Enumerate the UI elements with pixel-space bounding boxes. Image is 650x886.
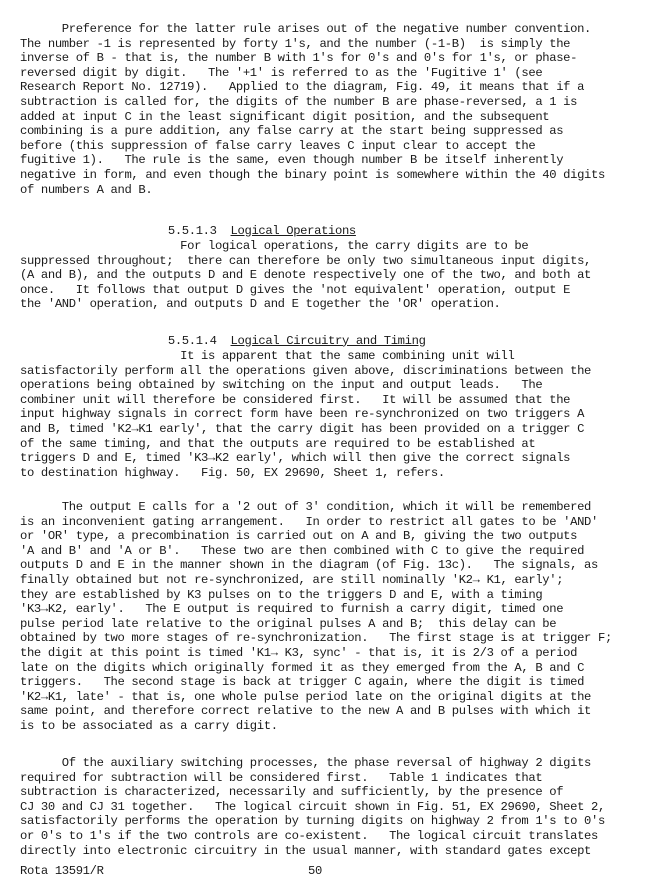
document-page: Preference for the latter rule arises ou… <box>0 0 650 886</box>
text-line: they are established by K3 pulses on to … <box>20 588 542 603</box>
text-line: operations being obtained by switching o… <box>20 378 542 393</box>
text-line: or 'OR' type, a precombination is carrie… <box>20 529 577 544</box>
text-line: input highway signals in correct form ha… <box>20 407 584 422</box>
text-line: Research Report No. 12719). Applied to t… <box>20 80 584 95</box>
text-line: 'K2→K1, late' - that is, one whole pulse… <box>20 690 591 705</box>
text-line: finally obtained but not re-synchronized… <box>20 573 563 588</box>
text-line: The output E calls for a '2 out of 3' co… <box>20 500 591 515</box>
text-line: outputs D and E in the manner shown in t… <box>20 558 598 573</box>
text-line: suppressed throughout; there can therefo… <box>20 254 591 269</box>
text-line: and B, timed 'K2→K1 early', that the car… <box>20 422 584 437</box>
text-line: fugitive 1). The rule is the same, even … <box>20 153 563 168</box>
text-line: 'K3→K2, early'. The E output is required… <box>20 602 563 617</box>
text-line: subtraction is called for, the digits of… <box>20 95 577 110</box>
text-line: triggers. The second stage is back at tr… <box>20 675 584 690</box>
text-line: directly into electronic circuitry in th… <box>20 844 591 859</box>
text-line: CJ 30 and CJ 31 together. The logical ci… <box>20 800 605 815</box>
text-line: or 0's to 1's if the two controls are co… <box>20 829 598 844</box>
text-line: late on the digits which originally form… <box>20 661 584 676</box>
text-line: obtained by two more stages of re-synchr… <box>20 631 612 646</box>
section-title: Logical Circuitry and Timing <box>231 334 426 348</box>
text-line: the digit at this point is timed 'K1→ K3… <box>20 646 577 661</box>
page-number: 50 <box>308 864 322 879</box>
section-number: 5.5.1.3 <box>168 224 217 238</box>
text-line: Preference for the latter rule arises ou… <box>20 22 591 37</box>
document-reference: Rota 13591/R <box>20 864 104 879</box>
text-line: same point, and therefore correct relati… <box>20 704 591 719</box>
text-line: inverse of B - that is, the number B wit… <box>20 51 577 66</box>
text-line: to destination highway. Fig. 50, EX 2969… <box>20 466 445 481</box>
text-line: is to be associated as a carry digit. <box>20 719 278 734</box>
text-line: added at input C in the least significan… <box>20 110 549 125</box>
text-line: once. It follows that output D gives the… <box>20 283 570 298</box>
text-line: is an inconvenient gating arrangement. I… <box>20 515 598 530</box>
text-line: combining is a pure addition, any false … <box>20 124 563 139</box>
text-line: the 'AND' operation, and outputs D and E… <box>20 297 501 312</box>
text-line: triggers D and E, timed 'K3→K2 early', w… <box>20 451 570 466</box>
text-line: For logical operations, the carry digits… <box>20 239 528 254</box>
text-line: Of the auxiliary switching processes, th… <box>20 756 591 771</box>
section-title: Logical Operations <box>231 224 356 238</box>
text-line: subtraction is characterized, necessaril… <box>20 785 563 800</box>
text-line: pulse period late relative to the origin… <box>20 617 556 632</box>
text-line: (A and B), and the outputs D and E denot… <box>20 268 591 283</box>
text-line: combiner unit will therefore be consider… <box>20 393 570 408</box>
section-number: 5.5.1.4 <box>168 334 217 348</box>
text-line: negative in form, and even though the bi… <box>20 168 605 183</box>
text-line: satisfactorily performs the operation by… <box>20 814 605 829</box>
text-line: of numbers A and B. <box>20 183 152 198</box>
text-line: reversed digit by digit. The '+1' is ref… <box>20 66 542 81</box>
text-line: The number -1 is represented by forty 1'… <box>20 37 570 52</box>
text-line: required for subtraction will be conside… <box>20 771 542 786</box>
text-line: before (this suppression of false carry … <box>20 139 535 154</box>
text-line: 'A and B' and 'A or B'. These two are th… <box>20 544 584 559</box>
text-line: satisfactorily perform all the operation… <box>20 364 591 379</box>
text-line: It is apparent that the same combining u… <box>20 349 514 364</box>
text-line: of the same timing, and that the outputs… <box>20 437 535 452</box>
